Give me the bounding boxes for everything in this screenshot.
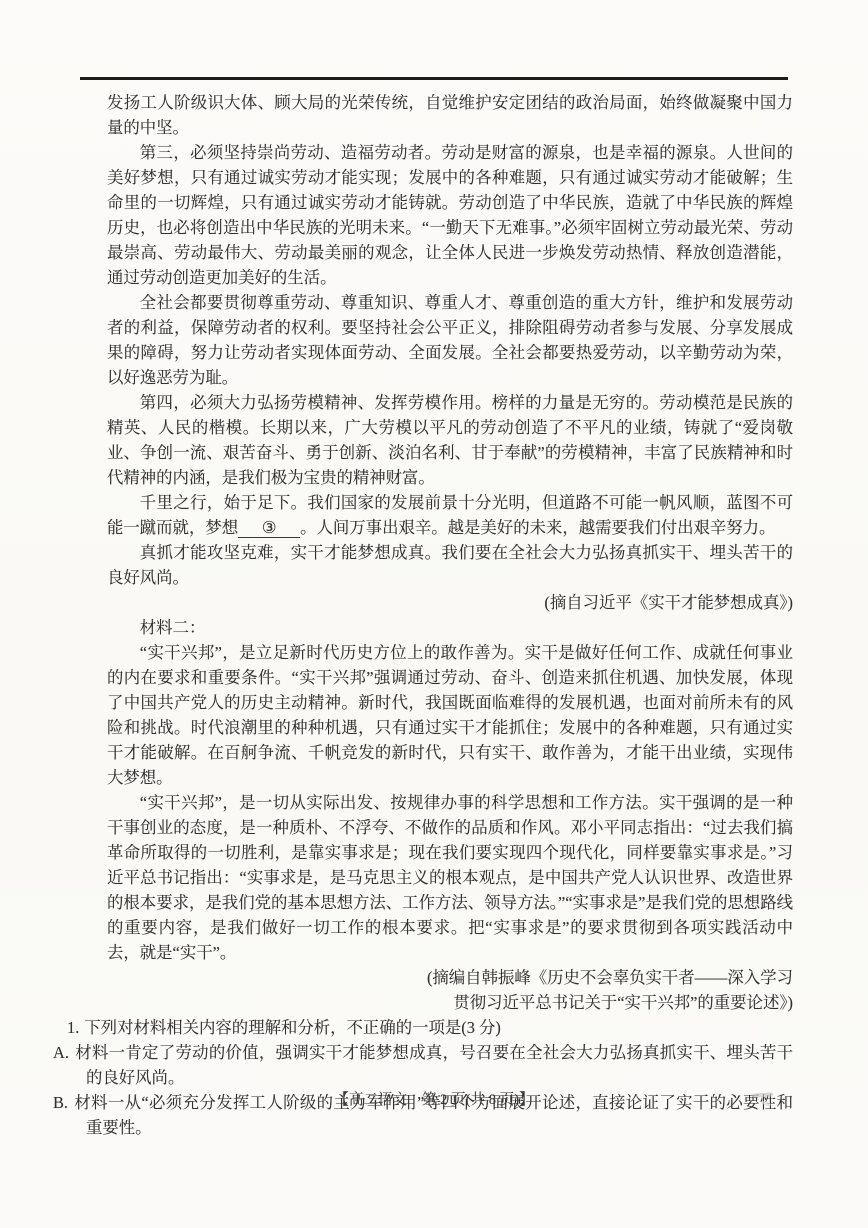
question-1-number: 1. (67, 1018, 79, 1037)
material-two-attribution-line1: (摘编自韩振峰《历史不会辜负实干者——深入学习 (107, 965, 793, 990)
material-one-paragraph-conclusion: 真抓才能攻坚克难，实干才能梦想成真。我们要在全社会大力弘扬真抓实干、埋头苦干的良… (107, 540, 793, 590)
page-body-text: 发扬工人阶级识大体、顾大局的光荣传统，自觉维护安定团结的政治局面，始终做凝聚中国… (107, 90, 793, 1140)
question-1: 1.下列对材料相关内容的理解和分析，不正确的一项是(3 分) A.材料一肯定了劳… (86, 1015, 793, 1140)
exam-paper-page: 发扬工人阶级识大体、顾大局的光荣传统，自觉维护安定团结的政治局面，始终做凝聚中国… (0, 0, 868, 1228)
option-a-text: 材料一肯定了劳动的价值，强调实干才能梦想成真，号召要在全社会大力弘扬真抓实干、埋… (75, 1043, 793, 1087)
question-1-option-a: A.材料一肯定了劳动的价值，强调实干才能梦想成真，号召要在全社会大力弘扬真抓实干… (86, 1040, 793, 1090)
fill-in-blank-3: ③ (238, 518, 300, 538)
material-one-paragraph-fourth: 第四，必须大力弘扬劳模精神、发挥劳模作用。榜样的力量是无穷的。劳动模范是民族的精… (107, 390, 793, 490)
material-one-attribution: (摘自习近平《实干才能梦想成真》) (107, 590, 793, 615)
material-two-paragraph-two: “实干兴邦”，是一切从实际出发、按规律办事的科学思想和工作方法。实干强调的是一种… (107, 790, 793, 965)
material-one-paragraph-third: 第三，必须坚持崇尚劳动、造福劳动者。劳动是财富的源泉，也是幸福的源泉。人世间的美… (107, 140, 793, 290)
material-one-paragraph-journey: 千里之行，始于足下。我们国家的发展前景十分光明，但道路不可能一帆风顺，蓝图不可能… (107, 490, 793, 540)
question-1-stem: 1.下列对材料相关内容的理解和分析，不正确的一项是(3 分) (86, 1015, 793, 1040)
material-one-paragraph-society: 全社会都要贯彻尊重劳动、尊重知识、尊重人才、尊重创造的重大方针，维护和发展劳动者… (107, 290, 793, 390)
material-two-attribution-line2: 贯彻习近平总书记关于“实干兴邦”的重要论述》) (107, 990, 793, 1015)
question-1-stem-text: 下列对材料相关内容的理解和分析，不正确的一项是(3 分) (84, 1018, 501, 1037)
page-footer: 【高二语文 第 2 页(共 8 页)】 (0, 1089, 868, 1111)
option-a-label: A. (53, 1043, 69, 1062)
material-two-paragraph-one: “实干兴邦”，是立足新时代历史方位上的敢作善为。实干是做好任何工作、成就任何事业… (107, 640, 793, 790)
header-divider-rule (80, 77, 788, 80)
journey-text-after-blank: 。人间万事出艰辛。越是美好的未来，越需要我们付出艰辛努力。 (300, 518, 775, 537)
material-two-heading: 材料二： (107, 615, 793, 640)
material-one-continuation-paragraph: 发扬工人阶级识大体、顾大局的光荣传统，自觉维护安定团结的政治局面，始终做凝聚中国… (107, 90, 793, 140)
